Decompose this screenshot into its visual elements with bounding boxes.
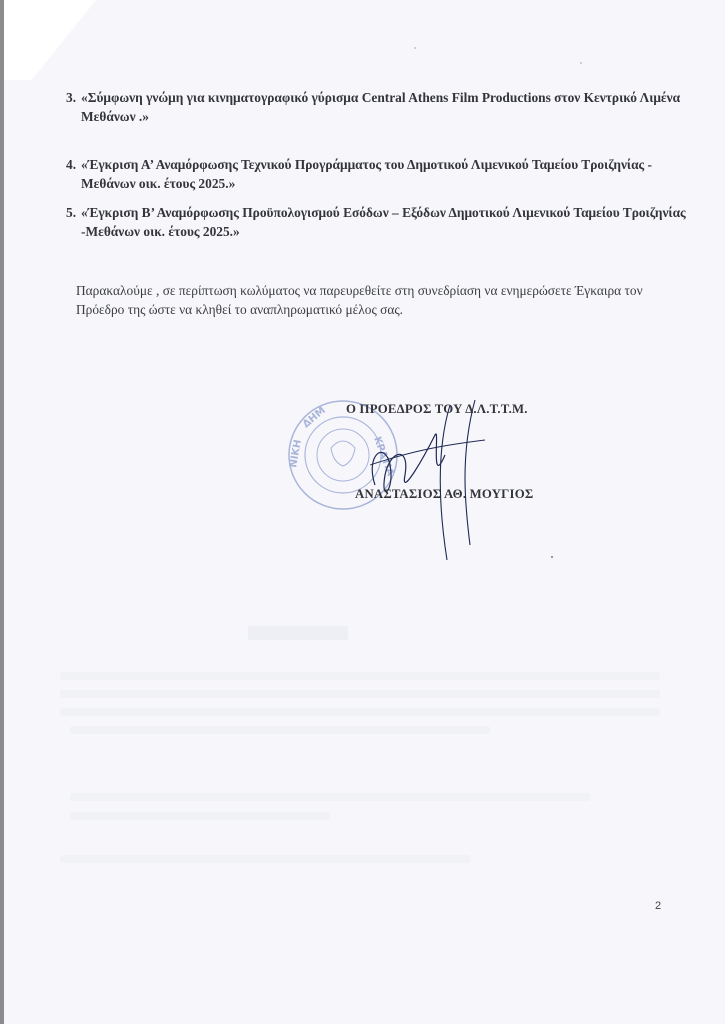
bleed-through-line: [70, 726, 490, 734]
folded-corner: [4, 0, 96, 80]
signatory-title: Ο ΠΡΟΕΔΡΟΣ ΤΟΥ Δ.Λ.Τ.Τ.Μ.: [346, 402, 528, 417]
agenda-item-3: 3. «Σύμφωνη γνώμη για κινηματογραφικό γύ…: [66, 88, 686, 126]
item-number: 5.: [66, 203, 76, 222]
agenda-item-4: 4. «Έγκριση Α’ Αναμόρφωσης Τεχνικού Προγ…: [66, 155, 686, 193]
signatory-name: ΑΝΑΣΤΑΣΙΟΣ ΑΘ. ΜΟΥΓΙΟΣ: [355, 487, 533, 502]
item-number: 4.: [66, 155, 76, 174]
agenda-item-5: 5. «Έγκριση Β’ Αναμόρφωσης Προϋπολογισμο…: [66, 203, 686, 241]
item-text: «Έγκριση Α’ Αναμόρφωσης Τεχνικού Προγράμ…: [81, 155, 686, 193]
scan-speck: [551, 556, 553, 558]
page-number: 2: [655, 900, 661, 912]
bleed-through-heading: [248, 626, 348, 640]
scan-speck: [580, 62, 582, 64]
request-paragraph: Παρακαλούμε , σε περίπτωση κωλύματος να …: [76, 281, 686, 319]
bleed-through-line: [60, 672, 660, 680]
bleed-through-line: [70, 793, 590, 801]
scan-left-edge: [0, 0, 4, 1024]
bleed-through-line: [60, 855, 470, 863]
scan-speck: [414, 47, 416, 49]
bleed-through-line: [60, 690, 660, 698]
bleed-through-line: [70, 812, 330, 820]
handwritten-signature-icon: [355, 395, 495, 565]
item-text: «Σύμφωνη γνώμη για κινηματογραφικό γύρισ…: [81, 88, 686, 126]
item-number: 3.: [66, 88, 76, 107]
item-text: «Έγκριση Β’ Αναμόρφωσης Προϋπολογισμού Ε…: [81, 203, 686, 241]
bleed-through-line: [60, 708, 660, 716]
